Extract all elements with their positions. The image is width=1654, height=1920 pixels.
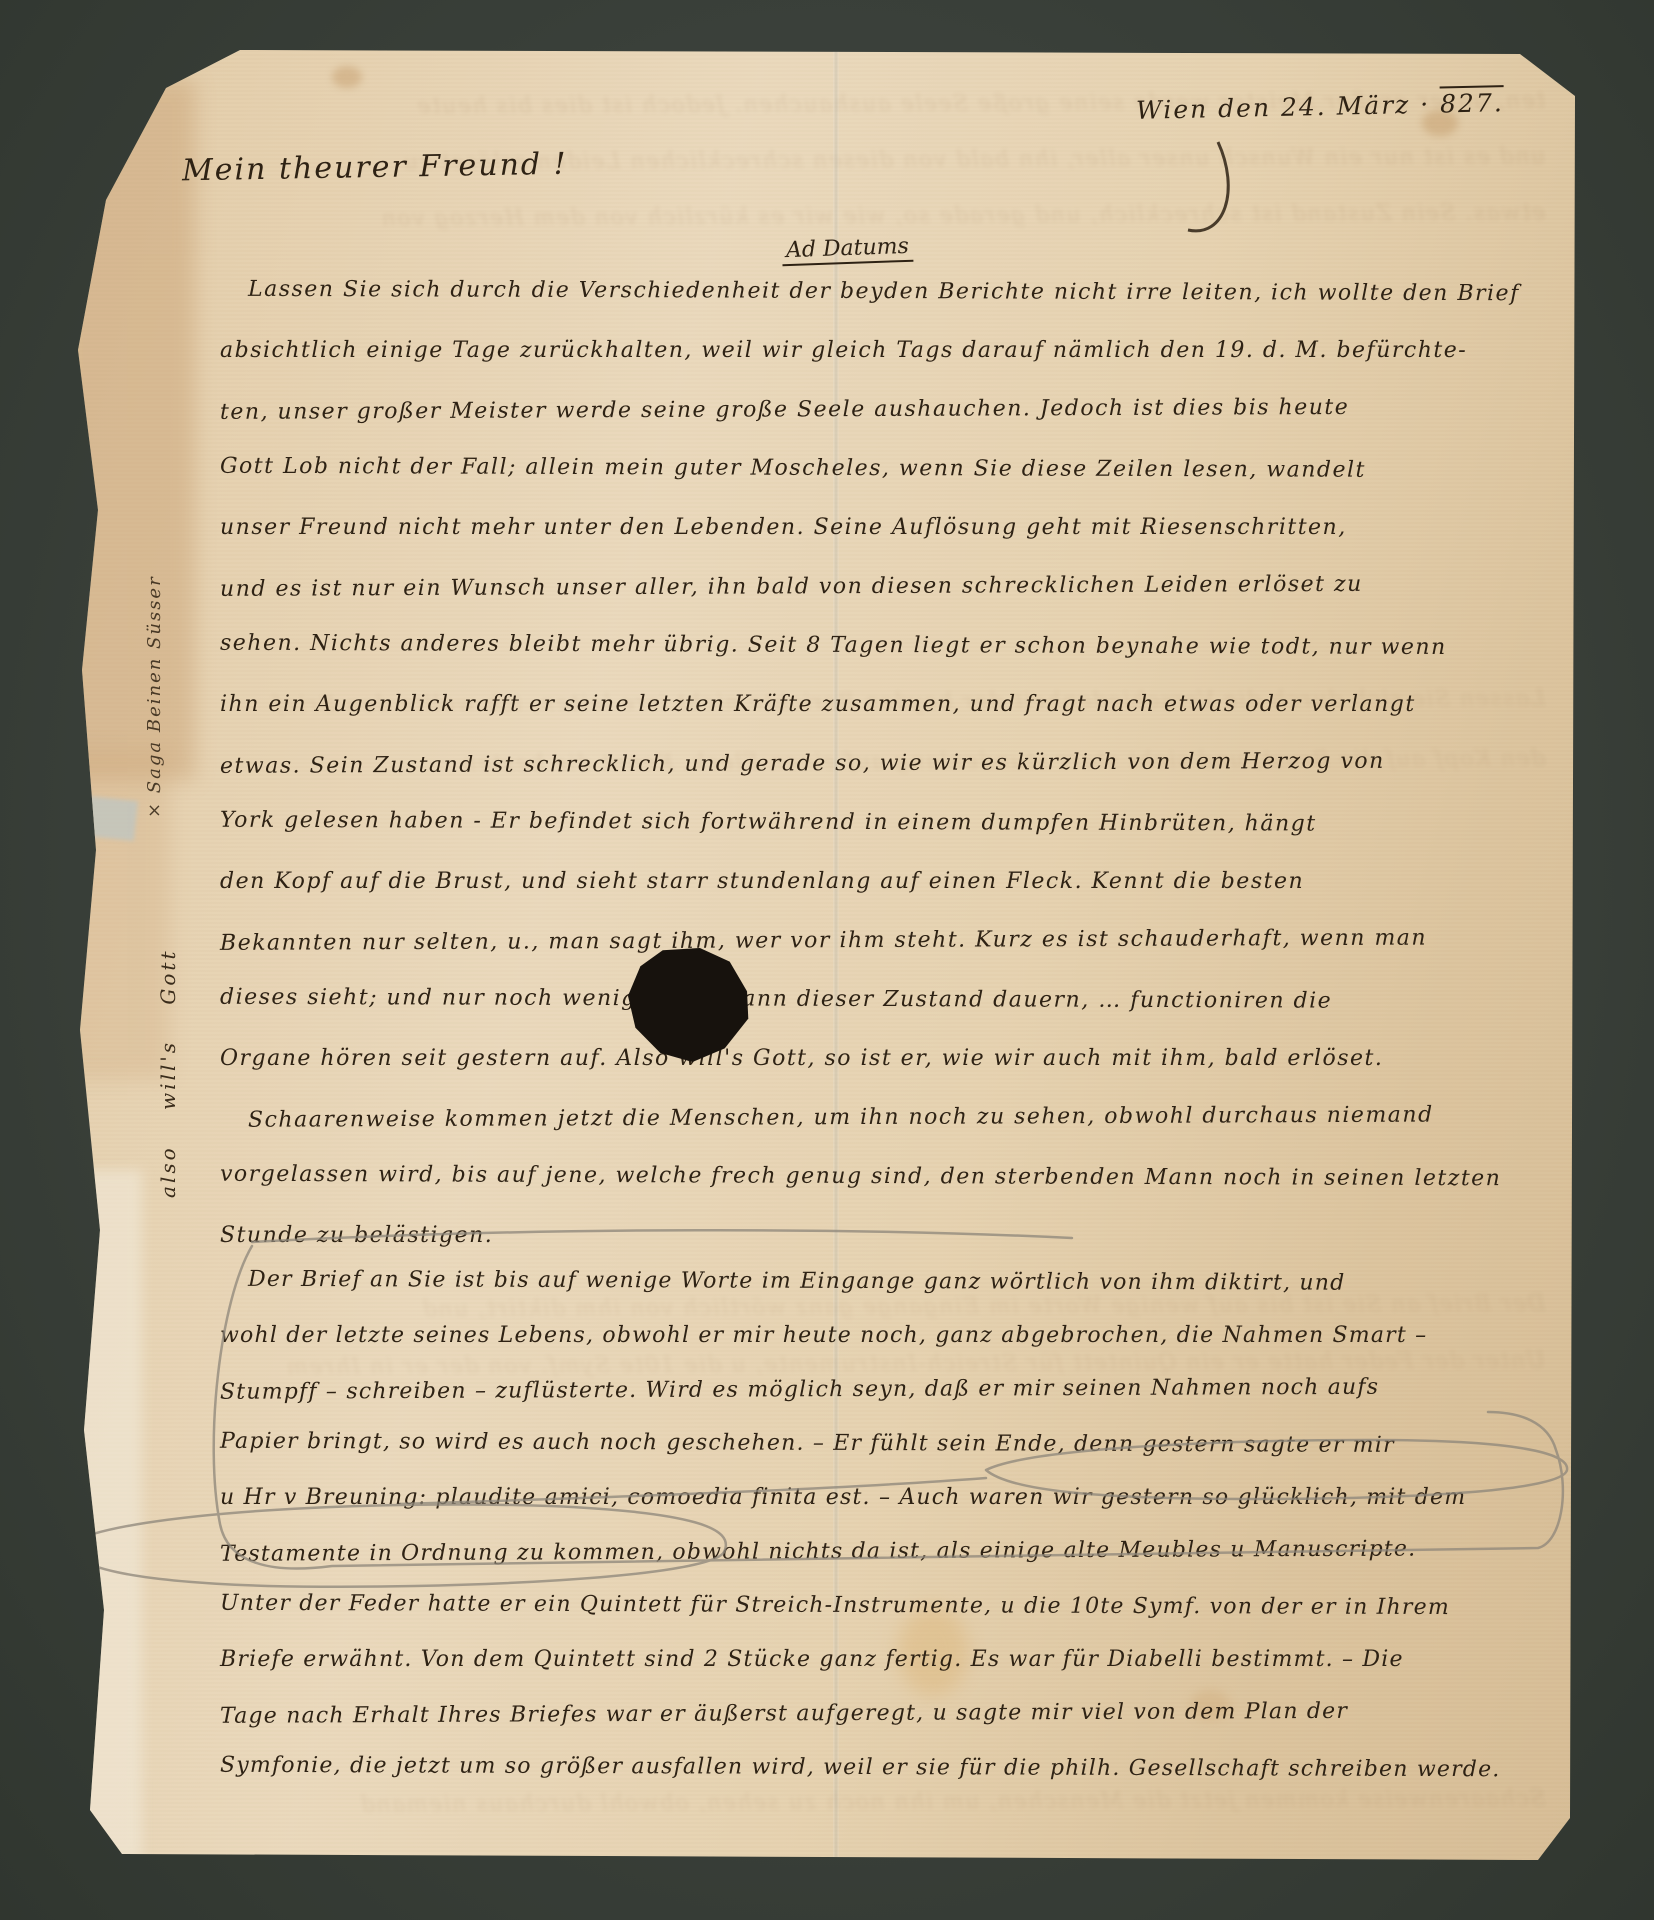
- bleedthrough-line: etwas. Sein Zustand ist schrecklich, und…: [125, 200, 1545, 232]
- body-paragraph-2-dictation: Der Brief an Sie ist bis auf wenige Wort…: [220, 1255, 1501, 1795]
- manuscript-line: absichtlich einige Tage zurückhalten, we…: [220, 321, 1520, 380]
- fox-spot: [332, 66, 362, 88]
- manuscript-line: wohl der letzte seines Lebens, obwohl er…: [220, 1309, 1501, 1363]
- aged-stain-left-strip: [60, 80, 195, 780]
- manuscript-line: und es ist nur ein Wunsch unser aller, i…: [220, 554, 1520, 619]
- manuscript-line: Bekannten nur selten, u., man sagt ihm, …: [220, 908, 1520, 973]
- manuscript-line: Briefe erwähnt. Von dem Quintett sind 2 …: [220, 1633, 1501, 1687]
- date-line: Wien den 24. März · 827.: [1136, 88, 1504, 125]
- manuscript-line: ten, unser großer Meister werde seine gr…: [220, 377, 1520, 442]
- photo-of-letter: { "photo": { "mount_background_color": "…: [0, 0, 1654, 1920]
- manuscript-line: ihn ein Augenblick rafft er seine letzte…: [220, 675, 1520, 734]
- manuscript-line: Symfonie, die jetzt um so größer ausfall…: [220, 1739, 1501, 1797]
- blue-seam-spot: [74, 795, 138, 841]
- manuscript-line: Unter der Feder hatte er ein Quintett fü…: [220, 1577, 1501, 1635]
- ink-flourish-below-date: [1188, 142, 1228, 231]
- manuscript-line: Stumpff – schreiben – zuflüsterte. Wird …: [220, 1360, 1501, 1420]
- letter-paper: ten, unser großer Meister werde seine gr…: [70, 50, 1575, 1860]
- manuscript-line: etwas. Sein Zustand ist schrecklich, und…: [220, 731, 1520, 796]
- manuscript-line-with-hole: Organe hören seit gestern auf. Also will…: [220, 1029, 1520, 1088]
- manuscript-line: Papier bringt, so wird es auch noch gesc…: [220, 1415, 1501, 1473]
- manuscript-line-latin-quote: u Hr v Breuning: plaudite amici, comoedi…: [220, 1471, 1501, 1525]
- manuscript-line: den Kopf auf die Brust, und sieht starr …: [220, 852, 1520, 911]
- manuscript-line: vorgelassen wird, bis auf jene, welche f…: [220, 1145, 1520, 1209]
- manuscript-line: Schaarenweise kommen jetzt die Menschen,…: [220, 1085, 1520, 1150]
- pale-strip-bottom-left: [62, 1170, 142, 1860]
- year-overlined: 827.: [1440, 85, 1504, 118]
- manuscript-line: Lassen Sie sich durch die Verschiedenhei…: [220, 260, 1520, 324]
- body-paragraph-1: Lassen Sie sich durch die Verschiedenhei…: [220, 262, 1520, 1265]
- margin-note-upper: × Saga Beinen Süsser: [144, 553, 165, 818]
- salutation: Mein theurer Freund !: [182, 147, 568, 189]
- manuscript-line: Tage nach Erhalt Ihres Briefes war er äu…: [220, 1684, 1501, 1744]
- manuscript-line: sehen. Nichts anderes bleibt mehr übrig.…: [220, 614, 1520, 678]
- place-and-date: Wien den 24. März ·: [1136, 90, 1431, 125]
- manuscript-line: Testamente in Ordnung zu kommen, obwohl …: [220, 1522, 1501, 1582]
- margin-note-lower: also will's Gott: [156, 788, 180, 1198]
- manuscript-line: York gelesen haben - Er befindet sich fo…: [220, 791, 1520, 855]
- manuscript-line: unser Freund nicht mehr unter den Lebend…: [220, 498, 1520, 557]
- manuscript-line: Der Brief an Sie ist bis auf wenige Wort…: [220, 1253, 1501, 1311]
- manuscript-line-with-hole: dieses sieht; und nur noch wenige Tage k…: [220, 968, 1520, 1032]
- manuscript-line: Gott Lob nicht der Fall; allein mein gut…: [220, 437, 1520, 501]
